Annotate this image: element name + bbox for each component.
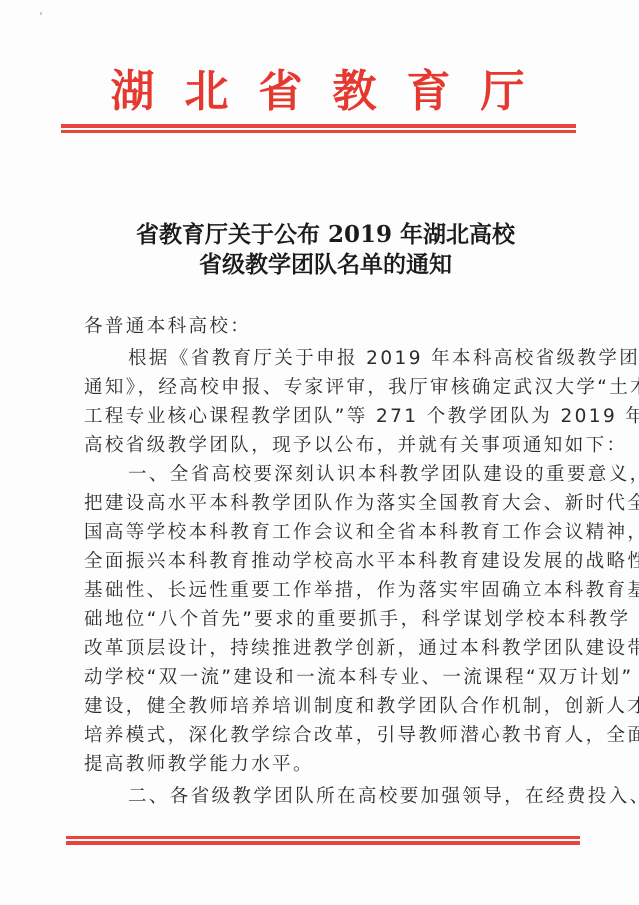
document-page: 湖北省教育厅 省教育厅关于公布 2019 年湖北高校 省级教学团队名单的通知 各…	[0, 0, 639, 905]
paragraph-2-line-10: 培养模式，深化教学综合改革，引导教师潜心教书育人，全面	[84, 721, 639, 750]
paragraph-1-line-3: 工程专业核心课程教学团队”等 271 个教学团队为 2019 年湖北	[84, 402, 639, 431]
paragraph-1-line-4: 高校省级教学团队，现予以公布，并就有关事项通知如下：	[84, 431, 627, 460]
document-title-line-1: 省教育厅关于公布 2019 年湖北高校	[0, 220, 639, 250]
paragraph-2-line-8: 动学校“双一流”建设和一流本科专业、一流课程“双万计划”	[84, 663, 634, 692]
paragraph-2-line-11: 提高教师教学能力水平。	[84, 750, 314, 779]
letterhead-rule-thin	[61, 130, 576, 133]
footer-rule-thin	[66, 836, 580, 839]
paragraph-2-line-9: 建设，健全教师培养培训制度和教学团队合作机制，创新人才	[84, 692, 639, 721]
salutation: 各普通本科高校：	[84, 312, 251, 341]
paragraph-2-line-7: 改革顶层设计，持续推进教学创新，通过本科教学团队建设带	[84, 634, 639, 663]
paragraph-2-line-4: 全面振兴本科教育推动学校高水平本科教育建设发展的战略性、	[84, 547, 639, 576]
paragraph-2-line-6: 础地位“八个首先”要求的重要抓手，科学谋划学校本科教学	[84, 605, 630, 634]
paragraph-2-line-1: 一、全省高校要深刻认识本科教学团队建设的重要意义，	[84, 460, 639, 489]
paragraph-2-line-2: 把建设高水平本科教学团队作为落实全国教育大会、新时代全	[84, 489, 639, 518]
footer-rule-thick	[66, 841, 580, 845]
paragraph-2-line-5: 基础性、长远性重要工作举措，作为落实牢固确立本科教育基	[84, 576, 639, 605]
document-title-line-2: 省级教学团队名单的通知	[0, 250, 639, 280]
paragraph-1-line-2: 通知》，经高校申报、专家评审，我厅审核确定武汉大学“土木	[84, 373, 639, 402]
scan-artifact	[40, 12, 42, 15]
paragraph-3-line-1: 二、各省级教学团队所在高校要加强领导，在经费投入、	[84, 782, 639, 811]
letterhead-rule-thick	[61, 124, 576, 128]
letterhead-title: 湖北省教育厅	[0, 68, 639, 116]
paragraph-2-line-3: 国高等学校本科教育工作会议和全省本科教育工作会议精神，	[84, 518, 639, 547]
paragraph-1-line-1: 根据《省教育厅关于申报 2019 年本科高校省级教学团队的	[84, 344, 639, 373]
